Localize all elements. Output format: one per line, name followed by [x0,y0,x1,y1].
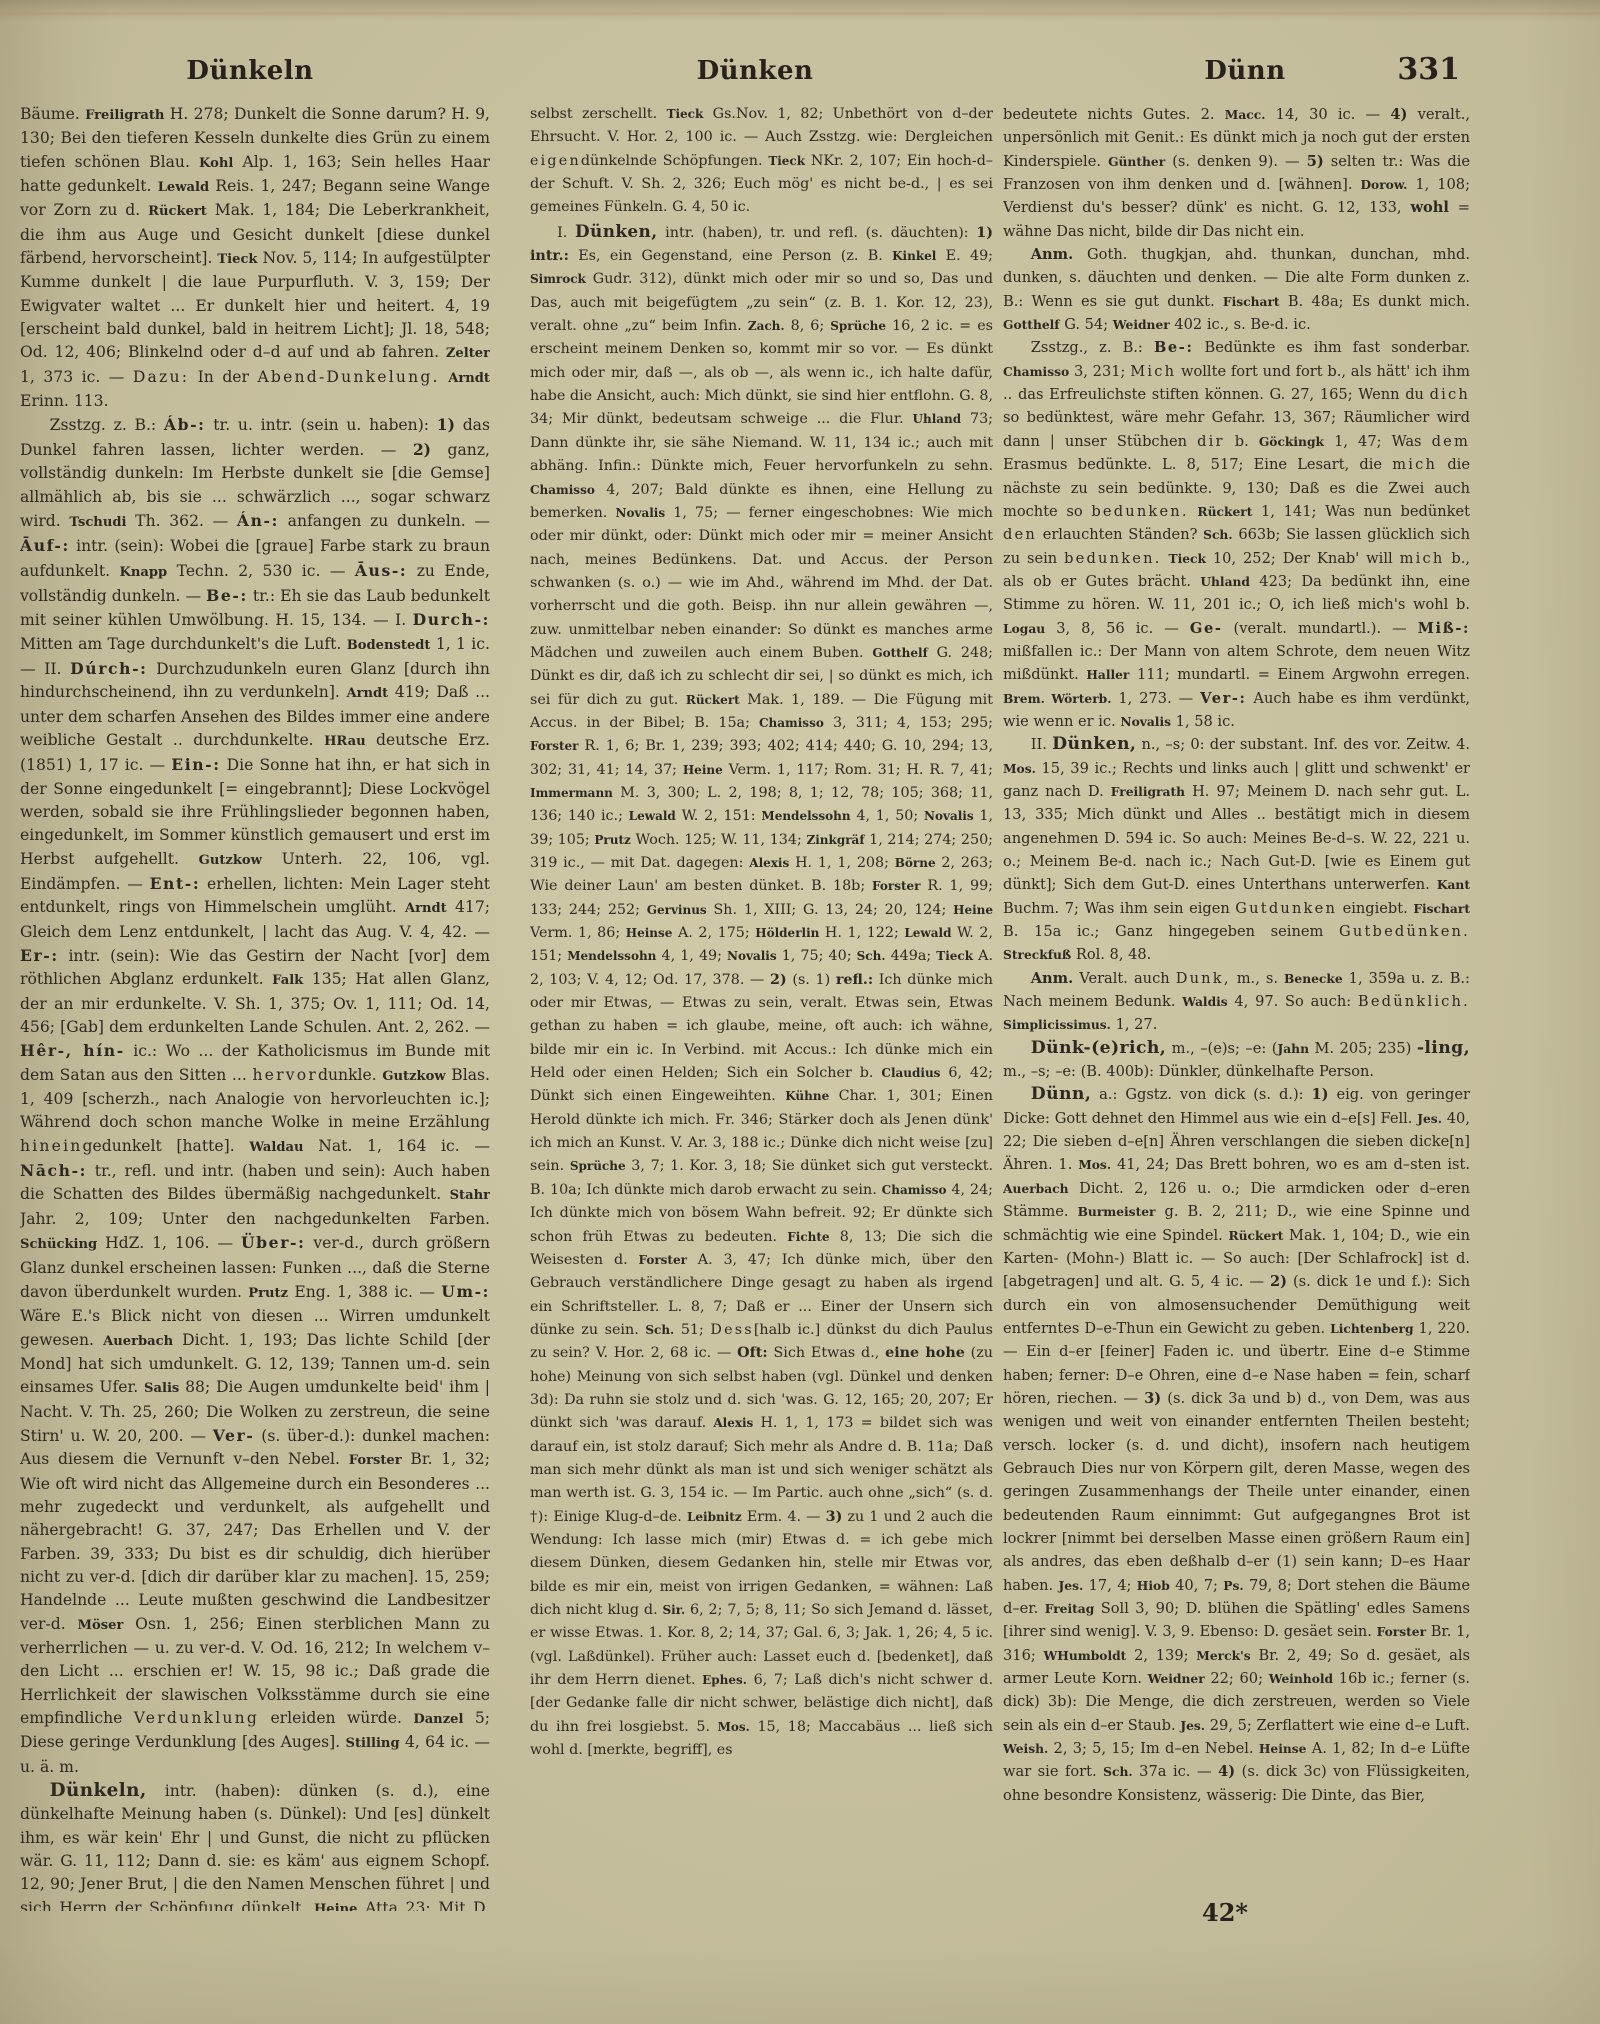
source-citation: Heinse [1259,1741,1307,1756]
source-citation: Schücking [20,1237,97,1252]
dictionary-paragraph: Anm. Veralt. auch Dunk, m., s. Benecke 1… [1003,967,1470,1037]
emphasis: 5) [1307,153,1324,170]
page-number: 331 [1360,52,1460,87]
emphasis: Ver-: [1200,690,1246,707]
source-citation: Waldis [1182,994,1227,1009]
dictionary-page-scan: Dünkeln Dünken Dünn 331 Bäume. Freiligra… [0,0,1600,2024]
emphasis: 4) [1390,106,1407,123]
source-citation: Weish. [1003,1741,1048,1756]
source-citation: Forster [349,1453,402,1468]
emphasis: Mich [1130,363,1176,380]
source-citation: HRau [324,734,366,749]
source-citation: Kinkel [892,249,936,263]
source-citation: Leibnitz [687,1510,742,1524]
source-citation: Jahn [1277,1041,1309,1056]
emphasis: wohl [1410,199,1448,216]
emphasis: Āus-: [355,561,407,580]
source-citation: Mendelssohn [567,949,656,963]
emphasis: den [1003,526,1037,543]
emphasis: 1) [437,415,455,434]
source-citation: Weidner [1148,1671,1205,1686]
source-citation: Waldau [249,1140,303,1155]
source-citation: Mos. [1078,1157,1111,1172]
emphasis: Durch-: [413,610,490,629]
source-citation: Forster [530,739,578,753]
dictionary-paragraph: Zsstzg. z. B.: Áb-: tr. u. intr. (sein u… [20,413,490,1779]
source-citation: Rückert [1197,504,1252,519]
emphasis: dir [1197,433,1225,450]
source-citation: Heine [683,763,723,777]
emphasis: eine hohe [885,1345,965,1361]
dictionary-paragraph: bedeutete nichts Gutes. 2. Macc. 14, 30 … [1003,103,1470,243]
source-citation: Benecke [1284,971,1343,986]
source-citation: Kant [1437,877,1470,892]
emphasis: dem [1432,433,1470,450]
source-citation: Heinse [626,926,673,940]
headword: Dünken, [575,221,657,241]
source-citation: Günther [1108,154,1165,169]
source-citation: Rückert [148,204,207,219]
source-citation: Bodenstedt [347,638,431,653]
source-citation: Tieck [936,949,973,963]
source-citation: Sir. [663,1603,686,1617]
emphasis: Über-: [241,1233,305,1252]
source-citation: Sch. [857,949,886,963]
source-citation: Chamisso [759,716,824,730]
source-citation: Forster [1377,1624,1426,1639]
source-citation: Lewald [158,180,209,195]
headword: Dünken, [1052,734,1136,754]
emphasis: bedunken. [1091,503,1188,520]
source-citation: Gotthelf [1003,317,1060,332]
emphasis: Gutdunken [1235,900,1337,917]
source-citation: Jes. [1417,1111,1442,1126]
source-citation: Alexis [749,856,789,870]
emphasis: Be-: [1154,339,1193,356]
source-citation: Chamisso [1003,364,1069,379]
source-citation: Lichtenberg [1330,1321,1413,1336]
source-citation: Ps. [1223,1578,1243,1593]
source-citation: Tieck [1168,551,1206,566]
text-column-2: selbst zerschellt. Tieck Gs.Nov. 1, 82; … [530,103,993,1911]
emphasis: Ent-: [150,874,201,893]
source-citation: Danzel [413,1712,463,1727]
source-citation: Auerbach [103,1334,173,1349]
source-citation: Novalis [1120,714,1171,729]
source-citation: Novalis [924,809,974,823]
source-citation: Börne [895,856,936,870]
source-citation: Ephes. [702,1673,747,1687]
headword: -ling, [1417,1038,1470,1058]
source-citation: Forster [638,1253,686,1267]
dictionary-paragraph: II. Dünken, n., –s; 0: der substant. Inf… [1003,733,1470,966]
headword: Dünk-(e)rich, [1031,1038,1166,1058]
source-citation: Sprüche [570,1159,626,1173]
source-citation: Streckfuß [1003,947,1071,962]
emphasis: Dess [710,1322,753,1338]
source-citation: Rückert [1228,1228,1283,1243]
emphasis: Anm. [1031,970,1073,987]
source-citation: Sch. [645,1323,674,1337]
source-citation: Mos. [1003,761,1036,776]
source-citation: Jes. [1059,1578,1084,1593]
source-citation: Tieck [768,154,805,168]
source-citation: Arndt [405,901,447,916]
emphasis: Abend-Dunkelung. [257,368,439,386]
emphasis: Án-: [237,511,279,530]
dictionary-paragraph: selbst zerschellt. Tieck Gs.Nov. 1, 82; … [530,103,993,220]
source-citation: Salis [144,1381,179,1396]
headword: Dünn, [1031,1084,1091,1104]
text-column-3: bedeutete nichts Gutes. 2. Macc. 14, 30 … [1003,103,1470,1911]
emphasis: Ein-: [171,755,220,774]
source-citation: Hölderlin [755,926,819,940]
source-citation: Chamisso [530,483,595,497]
source-citation: Logau [1003,621,1045,636]
emphasis: 4) [1218,1763,1235,1780]
dictionary-paragraph: Dünn, a.: Ggstz. von dick (s. d.): 1) ei… [1003,1083,1470,1807]
source-citation: Rückert [686,693,740,707]
source-citation: Arndt [346,686,388,701]
source-citation: Merck's [1196,1648,1250,1663]
source-citation: Novalis [616,506,666,520]
dictionary-paragraph: Anm. Goth. thugkjan, ahd. thunkan, dunch… [1003,243,1470,336]
source-citation: Sch. [1203,527,1232,542]
source-citation: Fichte [787,1230,829,1244]
headword: Dünkeln, [50,1780,147,1801]
source-citation: WHumboldt [1044,1648,1127,1663]
source-citation: Hiob [1137,1578,1170,1593]
emphasis: 3) [826,1509,843,1525]
emphasis: hervor [252,1066,318,1084]
source-citation: Arndt [448,371,490,386]
emphasis: Áb-: [164,415,206,434]
emphasis: Āuf-: [20,536,70,555]
emphasis: Ver- [213,1426,255,1445]
source-citation: Alexis [713,1416,753,1430]
emphasis: Oft: [737,1345,768,1361]
source-citation: Forster [872,879,920,893]
emphasis: Miß-: [1418,620,1470,637]
source-citation: Gutzkow [199,853,262,868]
emphasis: mich [1392,456,1437,473]
emphasis: Dazu: [133,368,189,386]
emphasis: Anm. [1031,246,1073,263]
emphasis: dich [1430,386,1470,403]
emphasis: refl.: [836,972,873,988]
emphasis: eigen [530,153,581,169]
source-citation: Freiligrath [85,108,164,123]
source-citation: Gervinus [647,903,707,917]
source-citation: Falk [272,973,303,988]
source-citation: Haller [1086,667,1129,682]
source-citation: Stilling [346,1736,400,1751]
emphasis: bedunken. [1064,550,1161,567]
dictionary-paragraph: Dünk-(e)rich, m., –(e)s; –e: (Jahn M. 20… [1003,1037,1470,1084]
dictionary-paragraph: Bäume. Freiligrath H. 278; Dunkelt die S… [20,103,490,413]
source-citation: Tieck [667,107,704,121]
source-citation: Mos. [718,1720,750,1734]
emphasis: Um-: [441,1282,490,1301]
source-citation: Chamisso [882,1183,947,1197]
emphasis: Er-: [20,946,59,965]
signature-mark: 42* [1170,1898,1280,1927]
source-citation: Novalis [727,949,777,963]
source-citation: Dorow. [1360,177,1407,192]
source-citation: Claudius [881,1066,940,1080]
source-citation: Freitag [1045,1601,1095,1616]
source-citation: Macc. [1225,107,1266,122]
emphasis: Ge- [1190,620,1223,637]
emphasis: 2) [770,972,787,988]
emphasis: Hêr-, hín- [20,1041,125,1060]
dictionary-paragraph: I. Dünken, intr. (haben), tr. und refl. … [530,220,993,1763]
source-citation: Stahr [450,1188,490,1203]
source-citation: Zelter [446,346,490,361]
source-citation: Kühne [785,1089,829,1103]
emphasis: mich [1400,550,1445,567]
source-citation: Gotthelf [872,646,927,660]
emphasis: 3) [1144,1390,1161,1407]
source-citation: Zach. [748,319,785,333]
source-citation: Burmeister [1078,1204,1156,1219]
source-citation: Fischart [1223,294,1280,309]
source-citation: Fischart [1413,901,1470,916]
emphasis: Nāch-: [20,1161,87,1180]
source-citation: Uhland [913,412,962,426]
source-citation: Simrock [530,272,586,286]
source-citation: Gutzkow [382,1069,445,1084]
text-column-1: Bäume. Freiligrath H. 278; Dunkelt die S… [20,103,490,1911]
source-citation: Simplicissimus. [1003,1017,1111,1032]
dictionary-paragraph: Zsstzg., z. B.: Be-: Bedünkte es ihm fas… [1003,336,1470,733]
source-citation: Heine [314,1902,358,1911]
source-citation: Möser [78,1618,124,1633]
emphasis: Bedünklich. [1358,993,1470,1010]
source-citation: Kohl [199,156,233,171]
source-citation: Freiligrath [1111,784,1185,799]
emphasis: 1) [1311,1086,1328,1103]
emphasis: hinein [20,1137,83,1155]
source-citation: Mendelssohn [761,809,850,823]
source-citation: Zinkgräf [806,833,864,847]
emphasis: Verdunklung [134,1709,259,1727]
source-citation: Lewald [904,926,951,940]
source-citation: Auerbach [1003,1181,1069,1196]
running-head-word-right: Dünn [1135,56,1355,86]
emphasis: Dúrch-: [70,659,147,678]
source-citation: Tieck [217,252,257,267]
source-citation: Prutz [248,1286,288,1301]
emphasis: Be-: [206,586,248,605]
source-citation: Jes. [1180,1718,1205,1733]
source-citation: Lewald [629,809,676,823]
emphasis: 2) [1270,1273,1287,1290]
source-citation: Sprüche [830,319,886,333]
source-citation: Weinhold [1269,1671,1333,1686]
source-citation: Knapp [120,565,168,580]
emphasis: Dunk, [1176,970,1231,987]
emphasis: Gutbedünken. [1339,923,1470,940]
running-head-word-left: Dünkeln [140,56,360,86]
source-citation: Immermann [530,786,613,800]
source-citation: Uhland [1200,574,1250,589]
source-citation: Tschudi [69,515,126,530]
dictionary-paragraph: Dünkeln, intr. (haben): dünken (s. d.), … [20,1779,490,1911]
source-citation: Heine [953,903,993,917]
source-citation: Prutz [594,833,630,847]
source-citation: Sch. [1103,1764,1132,1779]
running-head-word-center: Dünken [645,56,865,86]
emphasis: 2) [413,440,431,459]
source-citation: Göckingk [1259,434,1324,449]
source-citation: Brem. Wörterb. [1003,691,1111,706]
source-citation: Weidner [1113,317,1170,332]
